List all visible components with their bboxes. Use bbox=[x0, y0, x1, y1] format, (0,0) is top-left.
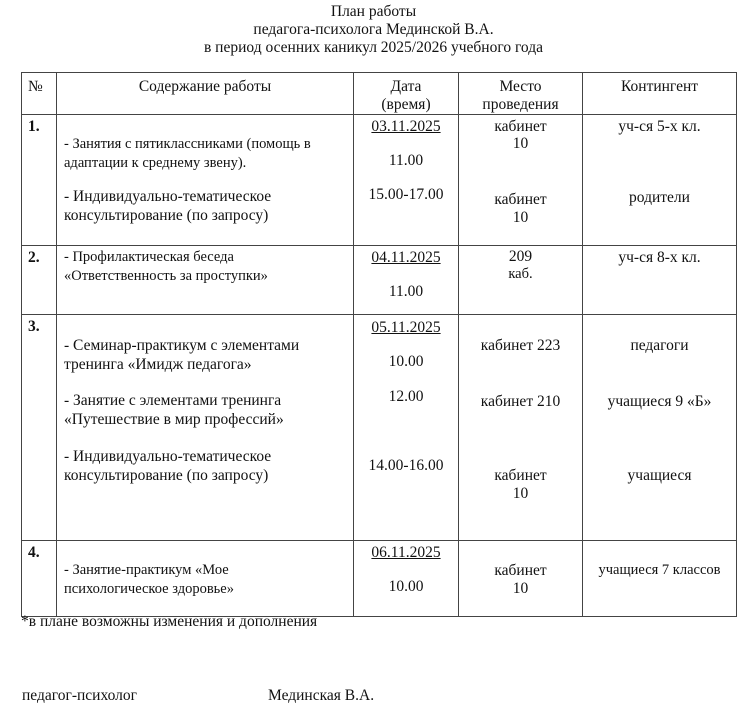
title-line-2: педагога-психолога Мединской В.А. bbox=[0, 21, 747, 39]
date: 06.11.2025 bbox=[354, 543, 458, 562]
plan-table: № Содержание работы Дата(время) Местопро… bbox=[21, 72, 737, 617]
col-header-date: Дата bbox=[354, 77, 458, 96]
footnote: *в плане возможны изменения и дополнения bbox=[21, 613, 317, 631]
date: 04.11.2025 bbox=[354, 248, 458, 267]
col-header-number: № bbox=[28, 77, 43, 96]
table-row: 2. - Профилактическая беседа «Ответствен… bbox=[22, 246, 737, 315]
signature-position: педагог-психолог bbox=[22, 687, 137, 705]
col-header-place: Место bbox=[459, 77, 582, 96]
date: 05.11.2025 bbox=[354, 318, 458, 337]
title-line-1: План работы bbox=[0, 3, 747, 21]
date: 03.11.2025 bbox=[354, 117, 458, 136]
table-row: 4. - Занятие-практикум «Мое психологичес… bbox=[22, 541, 737, 617]
table-row: 3. - Семинар-практикум с элементами трен… bbox=[22, 315, 737, 541]
col-header-content: Содержание работы bbox=[57, 77, 353, 96]
table-header-row: № Содержание работы Дата(время) Местопро… bbox=[22, 73, 737, 115]
title-line-3: в период осенних каникул 2025/2026 учебн… bbox=[0, 39, 747, 57]
table-row: 1. - Занятия с пятиклассниками (помощь в… bbox=[22, 115, 737, 246]
col-header-contingent: Контингент bbox=[583, 77, 736, 96]
signature-name: Мединская В.А. bbox=[268, 687, 374, 705]
